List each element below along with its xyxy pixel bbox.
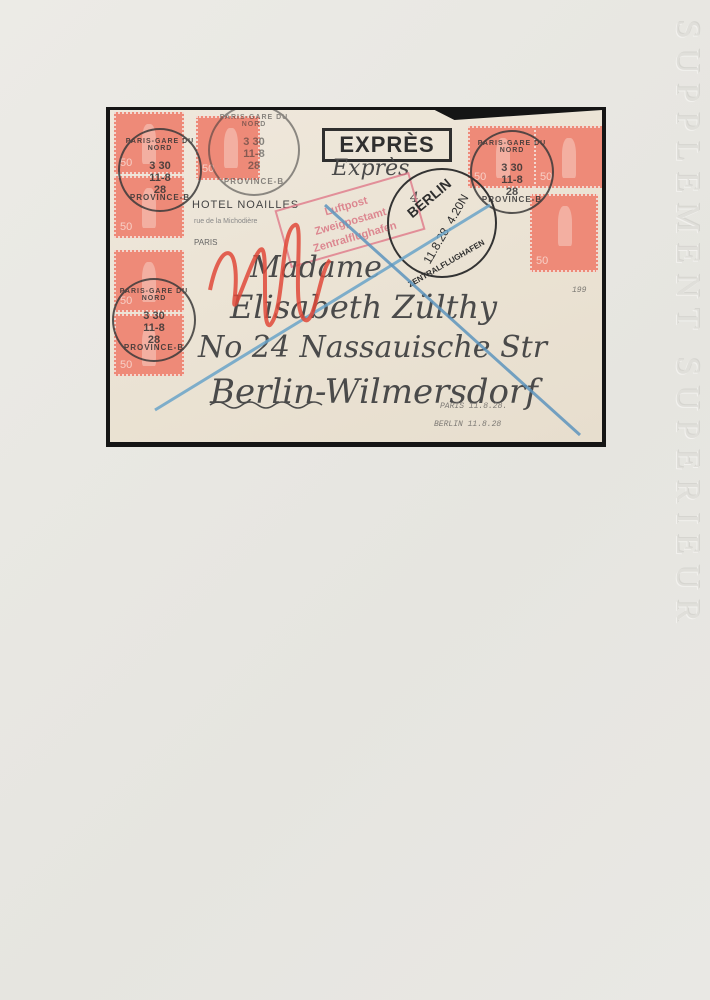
page-watermark: SUPPLEMENT SUPERIEUR bbox=[666, 20, 706, 980]
crayon-markings bbox=[110, 110, 602, 442]
postal-cover: 50 50 50 50 50 50 50 50 PARIS-GARE DU NO… bbox=[110, 110, 602, 442]
